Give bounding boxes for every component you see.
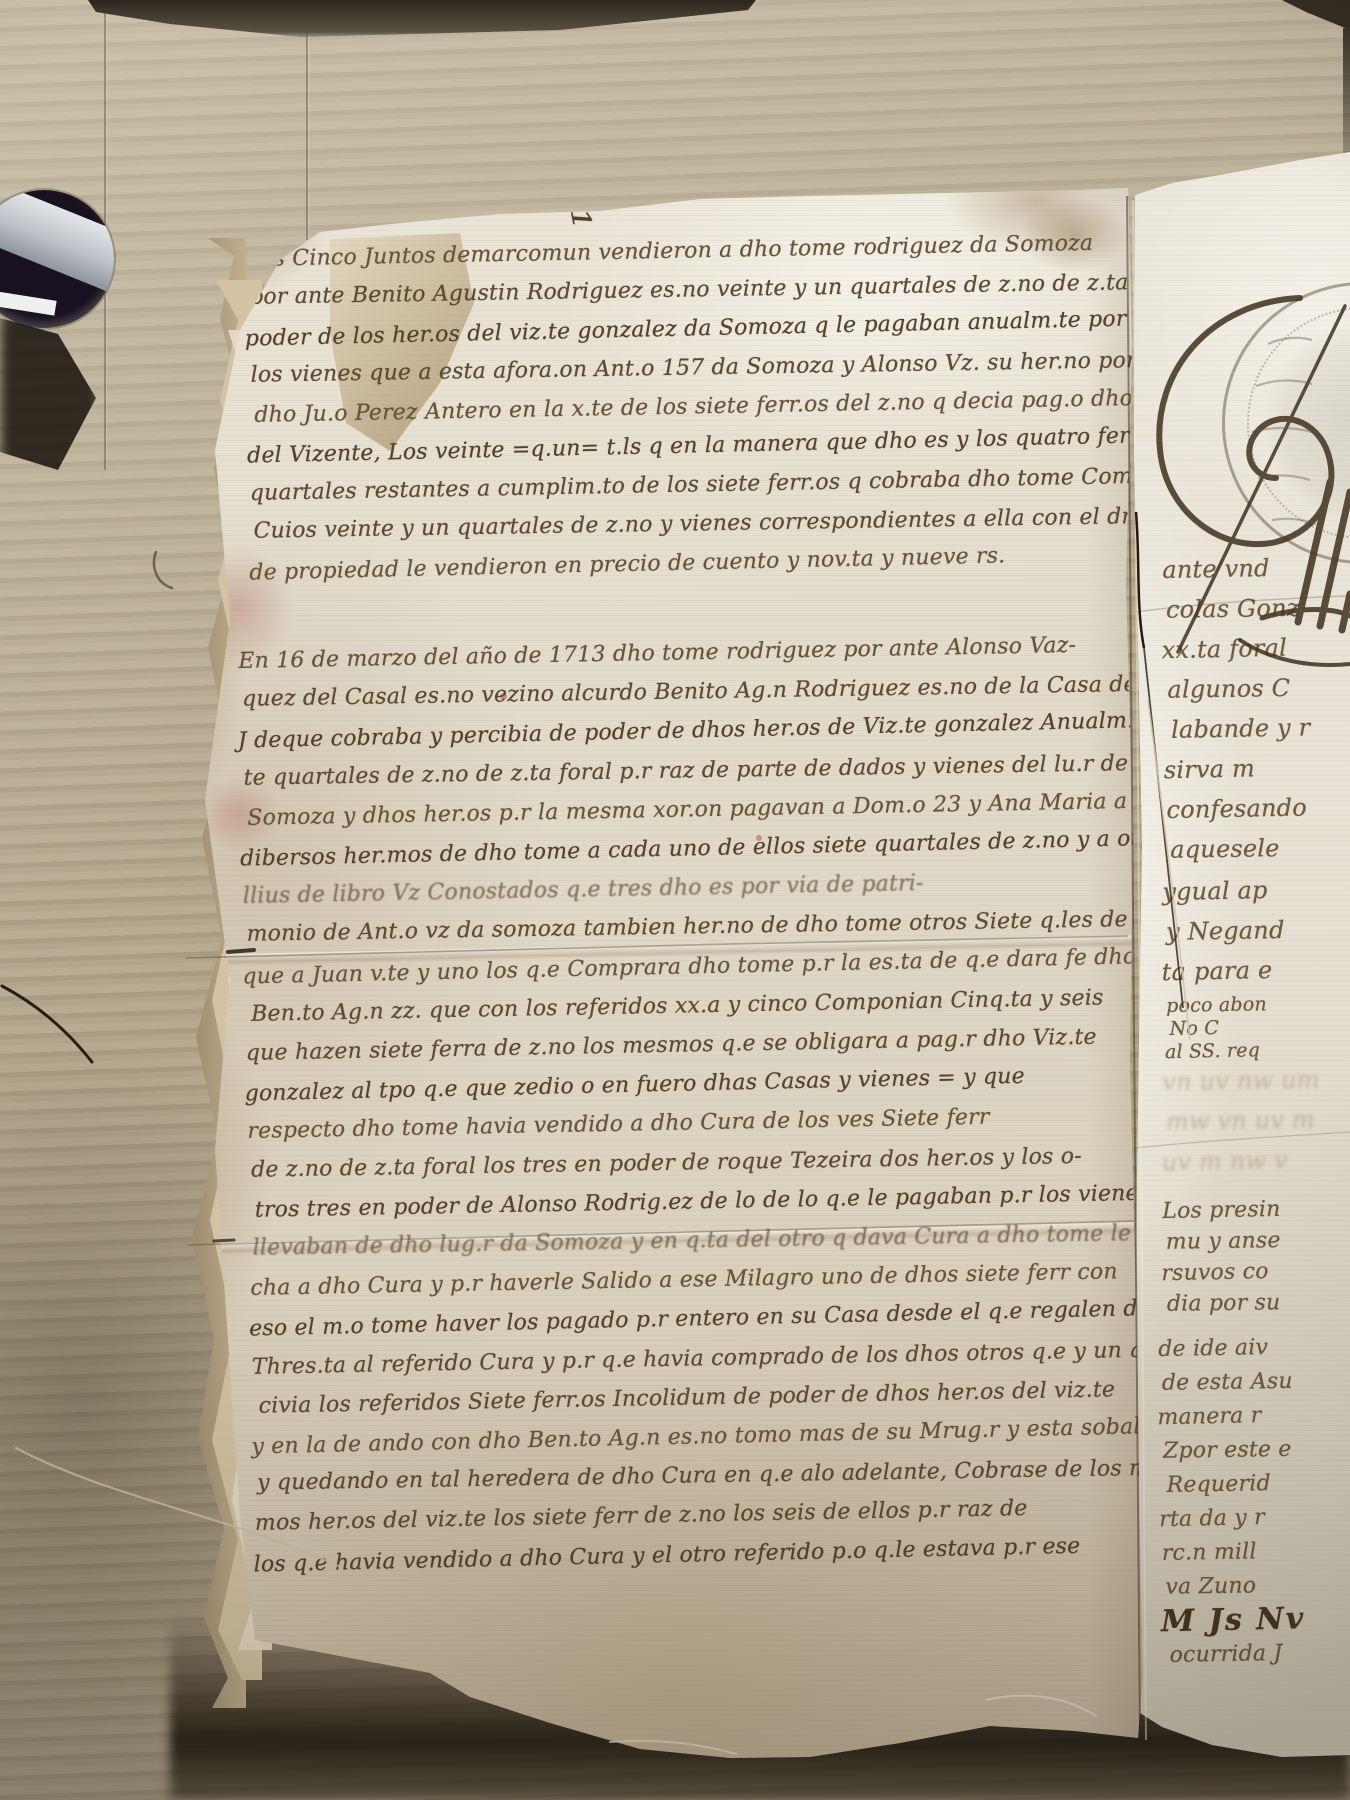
- manuscript-text-line: y en la de ando con dho Ben.to Ag.n es.n…: [251, 1407, 1142, 1466]
- manuscript-text-line: los vienes que a esta afora.on Ant.o 157…: [250, 341, 1131, 395]
- manuscript-text-line: mw vn uv m: [1166, 1099, 1324, 1141]
- manuscript-text-line: y quedando en tal heredera de dho Cura e…: [257, 1449, 1148, 1503]
- manuscript-text-line: respecto dho tome havia vendido a dho Cu…: [247, 1095, 1138, 1151]
- manuscript-text-line: Los Cinco Juntos demarcomun vendieron a …: [245, 223, 1126, 279]
- ink-bleedthrough-lines: vn uv nw ummw vn uv muv m nw v: [1162, 1059, 1321, 1182]
- manuscript-text-line: de ide aiv: [1158, 1330, 1303, 1367]
- horizontal-fold-crease: [182, 935, 1132, 967]
- manuscript-paragraph-1: Los Cinco Juntos demarcomun vendieron a …: [245, 223, 1132, 591]
- manuscript-text-line: que a Juan v.te y uno los q.e Comprara d…: [242, 937, 1133, 996]
- manuscript-text-line: Thres.ta al referido Cura y p.r q.e havi…: [252, 1330, 1143, 1386]
- manuscript-text-line: vn uv nw um: [1162, 1059, 1320, 1102]
- manuscript-text-line: colas Gonz: [1166, 588, 1307, 630]
- manuscript-text-line: Requerid: [1166, 1466, 1311, 1503]
- manuscript-text-line: ygual ap: [1162, 870, 1281, 912]
- manuscript-text-line: xx.ta foral: [1161, 627, 1302, 670]
- manuscript-text-line: monio de Ant.o vz da somoza tambien her.…: [246, 900, 1137, 954]
- manuscript-text-line: los q.e havia vendido a dho Cura y el ot…: [253, 1525, 1144, 1584]
- manuscript-text-line: va Zuno: [1165, 1569, 1310, 1605]
- manuscript-text-line: mu y anse: [1166, 1225, 1285, 1258]
- manuscript-text-line: confesando: [1166, 788, 1307, 830]
- manuscript-text-line: de z.no de z.ta foral los tres en poder …: [251, 1136, 1142, 1190]
- red-speck: [756, 835, 762, 841]
- manuscript-text-line: rsuvos co: [1161, 1256, 1280, 1289]
- manuscript-text-line: Los presin: [1162, 1194, 1281, 1227]
- manuscript-text-line: llius de libro Vz Conostados q.e tres dh…: [243, 860, 1134, 916]
- manuscript-text-line: poco abon: [1166, 993, 1267, 1018]
- manuscript-text-line: sirva m: [1163, 747, 1304, 790]
- manuscript-text-line: Ben.to Ag.n zz. que con los referidos xx…: [251, 978, 1142, 1034]
- manuscript-text-line: algunos C: [1167, 668, 1308, 710]
- right-page-text-fragments: de ide aivde esta Asumanera rZpor este e…: [1158, 1330, 1308, 1672]
- manuscript-text-line: poder de los her.os del viz.te gonzalez …: [244, 300, 1125, 359]
- manuscript-text-line: M Js Nv: [1161, 1602, 1306, 1639]
- manuscript-text-line: quez del Casal es.no vezino alcurdo Beni…: [242, 665, 1133, 719]
- manuscript-text-line: ta para e: [1161, 950, 1280, 992]
- manuscript-text-line: labande y r: [1171, 707, 1312, 749]
- horizontal-fold-crease: [184, 1222, 1144, 1256]
- manuscript-text-line: civia los referidos Siete ferr.os Incoli…: [258, 1370, 1149, 1426]
- manuscript-text-line: No C: [1169, 1016, 1270, 1040]
- manuscript-main-leaf: 1 Los Cinco Juntos demarcomun vendieron …: [170, 185, 1155, 1793]
- manuscript-text-line: rc.n mill: [1162, 1534, 1307, 1571]
- manuscript-text-line: tros tres en poder de Alonso Rodrig.ez d…: [255, 1174, 1146, 1230]
- manuscript-text-line: dibersos her.mos de dho tome a cada uno …: [240, 819, 1131, 878]
- manuscript-text-line: por ante Benito Agustin Rodriguez es.no …: [249, 263, 1130, 317]
- photo-of-manuscript-on-cardboard: ante vndcolas Gonzxx.ta foralalgunos Cla…: [0, 0, 1350, 1800]
- right-page-text-fragments: ygual apy Negandta para e: [1162, 870, 1283, 992]
- right-page-text-fragments: Los presinmu y ansersuvos codia por su: [1162, 1194, 1282, 1320]
- manuscript-text-line: eso el m.o tome haver los pagado p.r ent…: [249, 1290, 1140, 1349]
- creased-corner-fragment: [330, 233, 480, 463]
- red-speck: [500, 693, 507, 700]
- manuscript-text-line: que hazen siete ferra de z.no los mesmos…: [246, 1017, 1137, 1073]
- manuscript-text-line: cha a dho Cura y p.r haverle Salido a es…: [250, 1252, 1141, 1308]
- manuscript-text-line: dia por su: [1167, 1287, 1286, 1320]
- manuscript-paragraph-2: En 16 de marzo del año de 1713 dho tome …: [238, 625, 1146, 1583]
- manuscript-text-line: aquesele: [1170, 828, 1311, 870]
- manuscript-text-line: quartales restantes a cumplim.to de los …: [249, 457, 1130, 513]
- manuscript-text-line: y Negand: [1166, 910, 1285, 952]
- manuscript-text-line: Somoza y dhos her.os p.r la mesma xor.on…: [247, 782, 1138, 838]
- light-sliver-through-hole: [0, 287, 57, 315]
- paper-staining-overlay: [170, 185, 1155, 1793]
- manuscript-text-line: al SS. req: [1165, 1039, 1266, 1064]
- manuscript-text-line: Zpor este e: [1163, 1433, 1308, 1469]
- right-page-text-fragments: poco abonNo Cal SS. req: [1166, 993, 1268, 1064]
- manuscript-text-line: dho Ju.o Perez Antero en la x.te de los …: [254, 379, 1135, 435]
- manuscript-text-line: gonzalez al tpo q.e que zedio o en fuero…: [244, 1055, 1135, 1114]
- manuscript-text-line: de propiedad le vendieron en precio de c…: [249, 534, 1130, 593]
- manuscript-text-line: te quartales de z.no de z.ta foral p.r r…: [243, 744, 1134, 798]
- manuscript-text-line: J deque cobraba y percibia de poder de d…: [237, 702, 1128, 761]
- right-page-text-fragments: ante vndcolas Gonzxx.ta foralalgunos Cla…: [1162, 548, 1308, 870]
- brown-stain: [1020, 198, 1130, 273]
- manuscript-text-line: Cuios veinte y un quartales de z.no y vi…: [253, 497, 1134, 551]
- manuscript-text-line: mos her.os del viz.te los siete ferr de …: [255, 1487, 1146, 1543]
- manuscript-text-line: del Vizente, Los veinte =q.un= t.ls q en…: [247, 417, 1128, 476]
- manuscript-text-line: rta da y r: [1159, 1500, 1304, 1537]
- manuscript-text-line: En 16 de marzo del año de 1713 dho tome …: [238, 625, 1129, 681]
- manuscript-text-line: uv m nw v: [1161, 1139, 1319, 1182]
- manuscript-text-line: manera r: [1157, 1398, 1302, 1435]
- manuscript-text-line: ante vnd: [1162, 548, 1303, 590]
- manuscript-text-line: llevaban de dho lug.r da Somoza y en q.t…: [252, 1214, 1143, 1268]
- manuscript-text-line: ocurrida J: [1169, 1636, 1314, 1673]
- manuscript-text-line: de esta Asu: [1162, 1365, 1307, 1401]
